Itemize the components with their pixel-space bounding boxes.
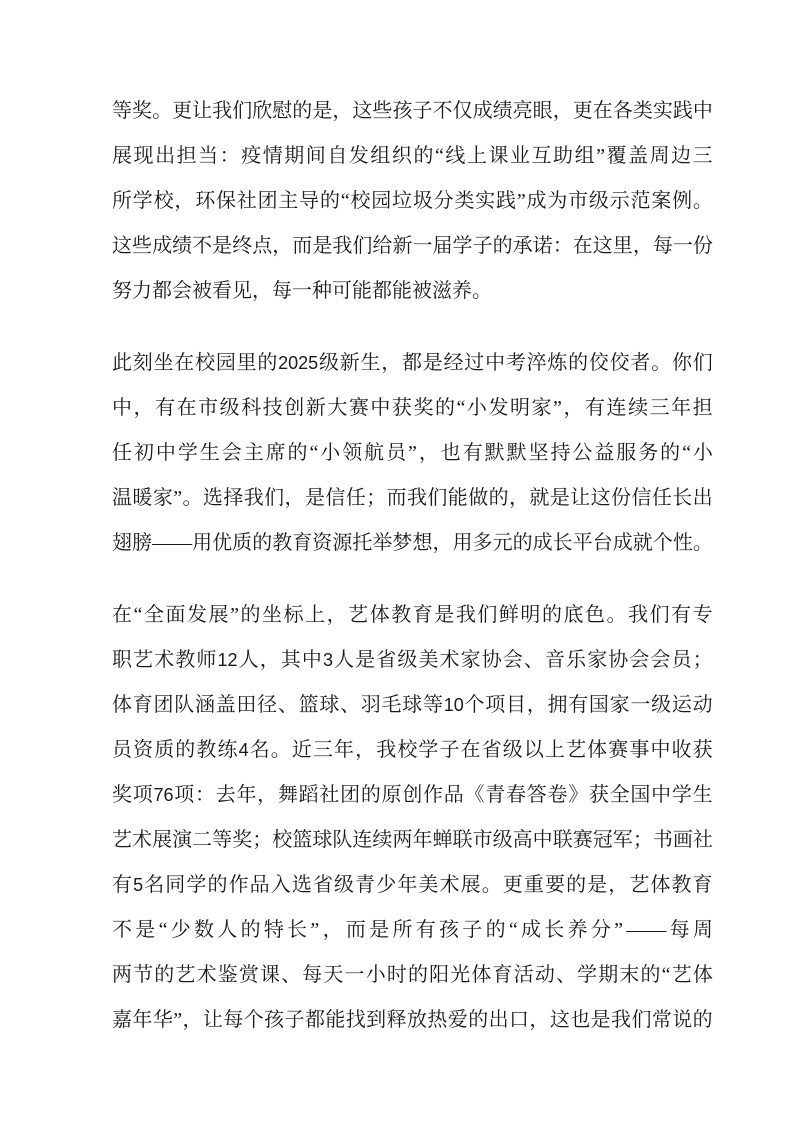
- text-line: 任初中学生会主席的“小领航员”，也有默默坚持公益服务的“小: [112, 431, 713, 476]
- text-line: 两节的艺术鉴赏课、每天一小时的阳光体育活动、学期末的“艺体: [112, 953, 713, 998]
- text-line: 展现出担当：疫情期间自发组织的“线上课业互助组”覆盖周边三: [112, 134, 713, 179]
- document-page: 等奖。更让我们欣慰的是，这些孩子不仅成绩亮眼，更在各类实践中展现出担当：疫情期间…: [0, 0, 793, 1122]
- paragraph: 此刻坐在校园里的2025级新生，都是经过中考淬炼的佼佼者。你们中，有在市级科技创…: [112, 341, 713, 566]
- text-line: 温暖家”。选择我们，是信任；而我们能做的，就是让这份信任长出: [112, 476, 713, 521]
- text-line: 努力都会被看见，每一种可能都能被滋养。: [112, 269, 713, 314]
- text-line: 奖项76项：去年，舞蹈社团的原创作品《青春答卷》获全国中学生: [112, 773, 713, 818]
- text-line: 艺术展演二等奖；校篮球队连续两年蝉联市级高中联赛冠军；书画社: [112, 818, 713, 863]
- paragraph: 等奖。更让我们欣慰的是，这些孩子不仅成绩亮眼，更在各类实践中展现出担当：疫情期间…: [112, 89, 713, 314]
- text-line: 所学校，环保社团主导的“校园垃圾分类实践”成为市级示范案例。: [112, 179, 713, 224]
- paragraph: 在“全面发展”的坐标上，艺体教育是我们鲜明的底色。我们有专职艺术教师12人，其中…: [112, 593, 713, 1043]
- text-line: 等奖。更让我们欣慰的是，这些孩子不仅成绩亮眼，更在各类实践中: [112, 89, 713, 134]
- text-line: 不是“少数人的特长”，而是所有孩子的“成长养分”——每周: [112, 908, 713, 953]
- document-body: 等奖。更让我们欣慰的是，这些孩子不仅成绩亮眼，更在各类实践中展现出担当：疫情期间…: [112, 89, 713, 1043]
- text-line: 职艺术教师12人，其中3人是省级美术家协会、音乐家协会会员；: [112, 638, 713, 683]
- text-line: 在“全面发展”的坐标上，艺体教育是我们鲜明的底色。我们有专: [112, 593, 713, 638]
- text-line: 员资质的教练4名。近三年，我校学子在省级以上艺体赛事中收获: [112, 728, 713, 773]
- text-line: 嘉年华”，让每个孩子都能找到释放热爱的出口，这也是我们常说的: [112, 998, 713, 1043]
- text-line: 翅膀——用优质的教育资源托举梦想，用多元的成长平台成就个性。: [112, 521, 713, 566]
- text-line: 体育团队涵盖田径、篮球、羽毛球等10个项目，拥有国家一级运动: [112, 683, 713, 728]
- text-line: 中，有在市级科技创新大赛中获奖的“小发明家”，有连续三年担: [112, 386, 713, 431]
- text-line: 此刻坐在校园里的2025级新生，都是经过中考淬炼的佼佼者。你们: [112, 341, 713, 386]
- text-line: 这些成绩不是终点，而是我们给新一届学子的承诺：在这里，每一份: [112, 224, 713, 269]
- text-line: 有5名同学的作品入选省级青少年美术展。更重要的是，艺体教育: [112, 863, 713, 908]
